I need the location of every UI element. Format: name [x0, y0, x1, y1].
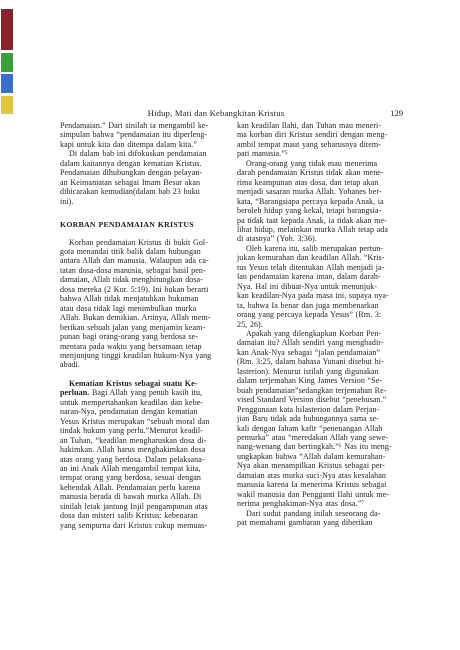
body-paragraph: Pendamaian.” Dari sinilah ia mengambil k…	[60, 121, 236, 149]
body-paragraph: Kematian Kristus sebagai suatu Ke- perlu…	[60, 379, 236, 530]
page-header: Hidup, Mati dan Kebangkitan Kristus 129	[60, 107, 403, 121]
body-paragraph: Dari sudut pandang inilah seseorang da- …	[237, 509, 413, 528]
paragraph-text: Bagi Allah yang penuh kasih itu, untuk m…	[60, 388, 209, 529]
left-text-column: Pendamaian.” Dari sinilah ia mengambil k…	[60, 121, 236, 530]
page-number: 129	[390, 107, 403, 119]
section-heading: KORBAN PENDAMAIAN KRISTUS	[60, 220, 236, 229]
right-text-column: kan keadilan Ilahi, dan Tuhan mau meneri…	[237, 121, 413, 527]
red-bookmark-tab	[1, 9, 13, 50]
body-paragraph: Orang-orang yang tidak mau menerima dara…	[237, 159, 413, 244]
body-paragraph: kan keadilan Ilahi, dan Tuhan mau meneri…	[237, 121, 413, 159]
body-paragraph: Di dalam bab ini difokuskan pendamaian d…	[60, 149, 236, 206]
body-paragraph: Apakah yang dilengkapkan Korban Pen- dam…	[237, 329, 413, 509]
yellow-bookmark-tab	[1, 96, 13, 114]
green-bookmark-tab	[1, 53, 13, 72]
book-page: Hidup, Mati dan Kebangkitan Kristus 129 …	[0, 0, 460, 650]
blue-bookmark-tab	[1, 74, 13, 93]
body-paragraph: Korban pendamaian Kristus di bukit Gol- …	[60, 238, 236, 370]
running-header-title: Hidup, Mati dan Kebangkitan Kristus	[60, 107, 372, 119]
body-paragraph: Oleh karena itu, salib merupakan pertun-…	[237, 244, 413, 329]
